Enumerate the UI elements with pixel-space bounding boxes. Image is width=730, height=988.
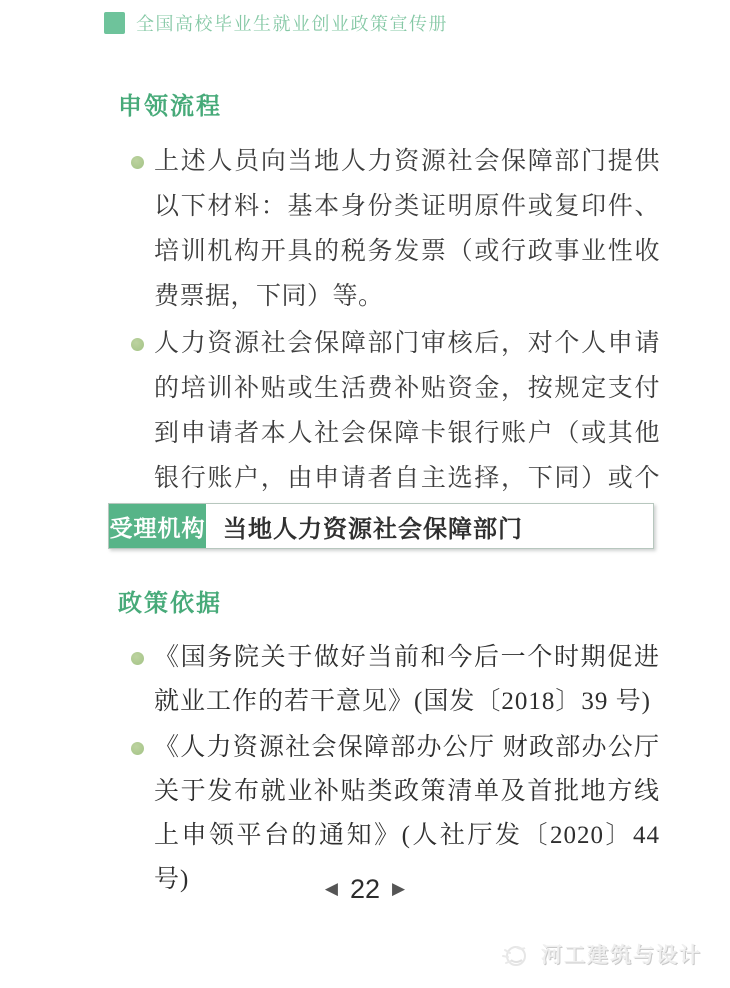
prev-page-icon[interactable]: ◀ [325, 872, 338, 906]
apply-bullet-list: 上述人员向当地人力资源社会保障部门提供以下材料：基本身份类证明原件或复印件、培训… [118, 139, 660, 546]
apply-section-heading: 申领流程 [118, 86, 660, 121]
watermark-text: 河工建筑与设计 [541, 939, 702, 969]
acceptance-agency-value: 当地人力资源社会保障部门 [206, 504, 653, 548]
watermark-sun-crest-icon [497, 936, 533, 972]
booklet-header: 全国高校毕业生就业创业政策宣传册 [104, 10, 448, 36]
policy-bullet-text: 《国务院关于做好当前和今后一个时期促进就业工作的若干意见》(国发〔2018〕39… [154, 636, 660, 724]
acceptance-agency-box: 受理机构 当地人力资源社会保障部门 [108, 503, 654, 549]
bullet-dot-icon [131, 652, 144, 665]
list-item: 上述人员向当地人力资源社会保障部门提供以下材料：基本身份类证明原件或复印件、培训… [118, 139, 660, 319]
booklet-page: 全国高校毕业生就业创业政策宣传册 申领流程 上述人员向当地人力资源社会保障部门提… [0, 0, 730, 988]
watermark: 河工建筑与设计 [497, 936, 702, 972]
apply-section: 申领流程 上述人员向当地人力资源社会保障部门提供以下材料：基本身份类证明原件或复… [118, 86, 660, 548]
booklet-title: 全国高校毕业生就业创业政策宣传册 [136, 10, 448, 36]
page-navigation: ◀ 22 ▶ [0, 872, 730, 906]
bullet-dot-icon [131, 742, 144, 755]
booklet-logo-square-icon [104, 12, 125, 34]
apply-bullet-text: 上述人员向当地人力资源社会保障部门提供以下材料：基本身份类证明原件或复印件、培训… [154, 139, 660, 319]
policy-bullet-list: 《国务院关于做好当前和今后一个时期促进就业工作的若干意见》(国发〔2018〕39… [118, 636, 660, 902]
bullet-dot-icon [131, 156, 144, 169]
bullet-dot-icon [131, 338, 144, 351]
page-number: 22 [350, 872, 380, 906]
list-item: 《国务院关于做好当前和今后一个时期促进就业工作的若干意见》(国发〔2018〕39… [118, 636, 660, 724]
acceptance-agency-label: 受理机构 [109, 504, 206, 548]
policy-section-heading: 政策依据 [118, 583, 660, 618]
next-page-icon[interactable]: ▶ [392, 872, 405, 906]
policy-section: 政策依据 《国务院关于做好当前和今后一个时期促进就业工作的若干意见》(国发〔20… [118, 583, 660, 904]
